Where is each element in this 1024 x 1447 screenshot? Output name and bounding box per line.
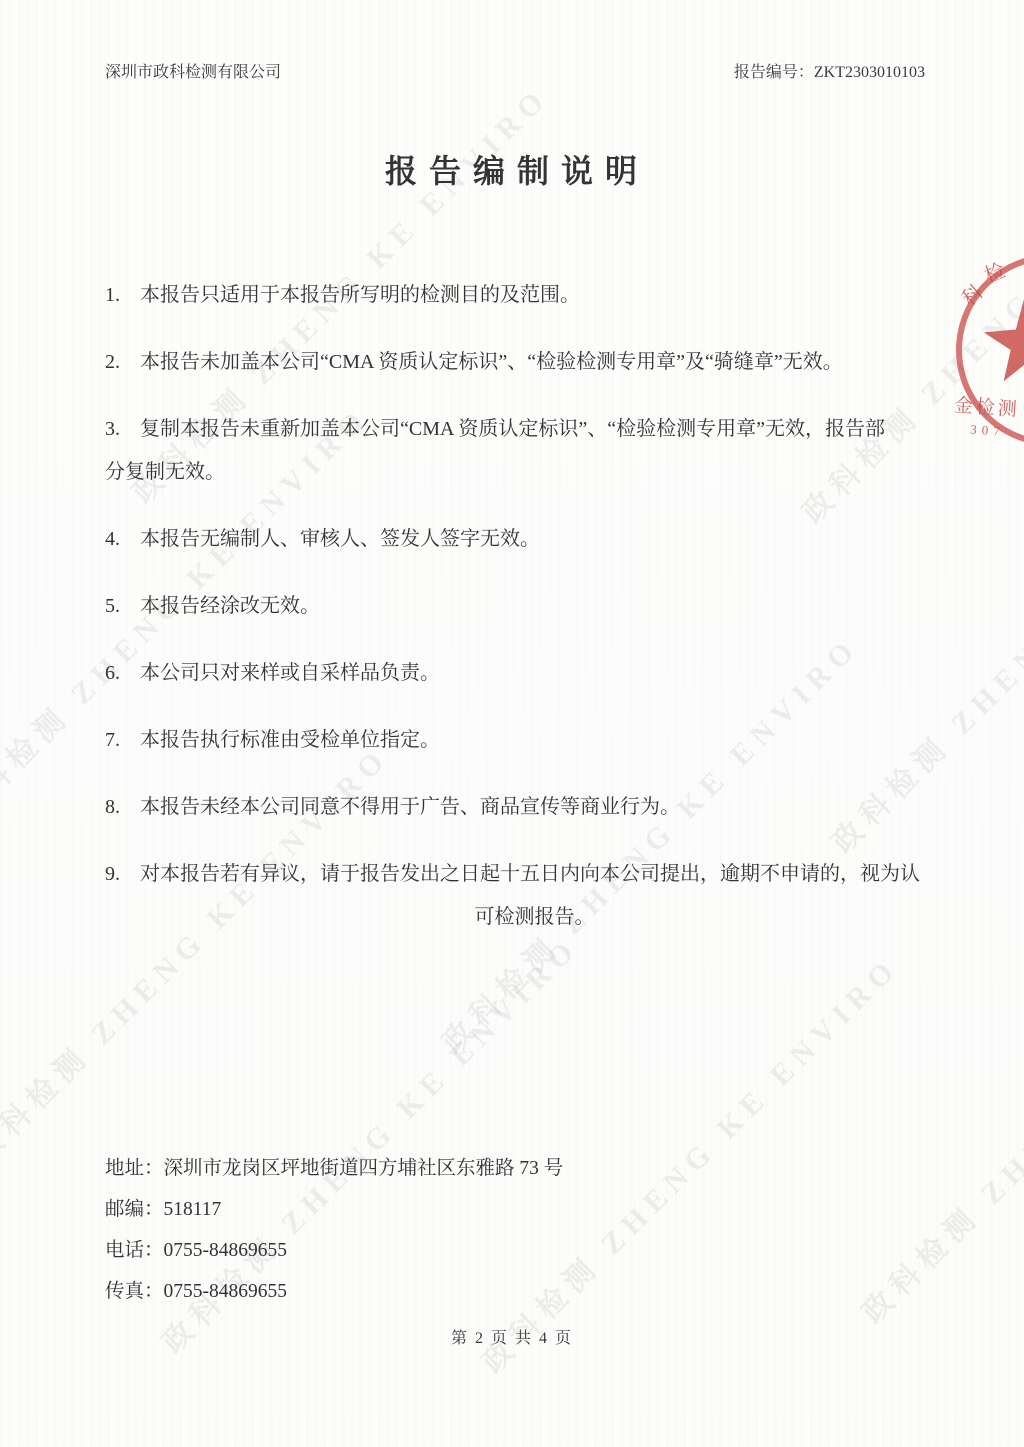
item-number: 1. bbox=[105, 274, 140, 317]
item-text: 本报告无编制人、审核人、签发人签字无效。 bbox=[140, 528, 540, 550]
item-number: 5. bbox=[105, 585, 140, 628]
report-page: 政科检测 ZHENG KE ENVIRO政科检测 ZHENG KE ENVIRO… bbox=[0, 0, 1024, 1447]
company-name: 深圳市政科检测有限公司 bbox=[105, 62, 281, 84]
item-number: 8. bbox=[105, 786, 140, 829]
contact-line: 地址：深圳市龙岗区坪地街道四方埔社区东雅路 73 号 bbox=[105, 1148, 964, 1189]
contact-value: 0755-84869655 bbox=[164, 1281, 288, 1302]
contact-line: 邮编：518117 bbox=[105, 1189, 964, 1230]
report-number: 报告编号：ZKT2303010103 bbox=[734, 62, 925, 84]
contact-label: 电话： bbox=[105, 1240, 164, 1261]
instructions-list: 1.本报告只适用于本报告所写明的检测目的及范围。2.本报告未加盖本公司“CMA … bbox=[105, 274, 964, 963]
list-item: 8.本报告未经本公司同意不得用于广告、商品宣传等商业行为。 bbox=[105, 786, 964, 829]
list-item: 7.本报告执行标准由受检单位指定。 bbox=[105, 719, 964, 762]
seal-number: 307 bbox=[970, 422, 1005, 439]
list-item: 4.本报告无编制人、审核人、签发人签字无效。 bbox=[105, 518, 964, 561]
item-line: 可检测报告。 bbox=[105, 896, 964, 939]
item-line: 8.本报告未经本公司同意不得用于广告、商品宣传等商业行为。 bbox=[105, 786, 964, 829]
item-line: 5.本报告经涂改无效。 bbox=[105, 585, 964, 628]
item-line: 3.复制本报告未重新加盖本公司“CMA 资质认定标识”、“检验检测专用章”无效，… bbox=[105, 408, 964, 451]
list-item: 9.对本报告若有异议，请于报告发出之日起十五日内向本公司提出，逾期不申请的，视为… bbox=[105, 853, 964, 939]
item-text: 本报告未加盖本公司“CMA 资质认定标识”、“检验检测专用章”及“骑缝章”无效。 bbox=[140, 351, 843, 373]
contact-label: 传真： bbox=[105, 1281, 164, 1302]
item-line: 1.本报告只适用于本报告所写明的检测目的及范围。 bbox=[105, 274, 964, 317]
item-number: 7. bbox=[105, 719, 140, 762]
list-item: 5.本报告经涂改无效。 bbox=[105, 585, 964, 628]
seal-arc-char: 检 bbox=[981, 259, 1008, 288]
contact-value: 深圳市龙岗区坪地街道四方埔社区东雅路 73 号 bbox=[164, 1158, 564, 1179]
seal-star-icon bbox=[980, 296, 1024, 386]
page-number: 第 2 页 共 4 页 bbox=[0, 1325, 1024, 1348]
item-number: 3. bbox=[105, 408, 140, 451]
item-text: 可检测报告。 bbox=[475, 906, 595, 928]
page-title: 报 告 编 制 说 明 bbox=[0, 146, 1024, 192]
contact-label: 邮编： bbox=[105, 1199, 164, 1220]
item-line: 6.本公司只对来样或自采样品负责。 bbox=[105, 652, 964, 695]
contact-value: 518117 bbox=[164, 1199, 222, 1220]
list-item: 1.本报告只适用于本报告所写明的检测目的及范围。 bbox=[105, 274, 964, 317]
contact-block: 地址：深圳市龙岗区坪地街道四方埔社区东雅路 73 号邮编：518117电话：07… bbox=[105, 1148, 964, 1312]
item-text: 复制本报告未重新加盖本公司“CMA 资质认定标识”、“检验检测专用章”无效，报告… bbox=[140, 418, 885, 440]
contact-value: 0755-84869655 bbox=[164, 1240, 288, 1261]
list-item: 6.本公司只对来样或自采样品负责。 bbox=[105, 652, 964, 695]
item-line: 4.本报告无编制人、审核人、签发人签字无效。 bbox=[105, 518, 964, 561]
contact-line: 传真：0755-84869655 bbox=[105, 1271, 964, 1312]
list-item: 3.复制本报告未重新加盖本公司“CMA 资质认定标识”、“检验检测专用章”无效，… bbox=[105, 408, 964, 494]
item-text: 本报告经涂改无效。 bbox=[140, 595, 320, 617]
item-text: 本报告未经本公司同意不得用于广告、商品宣传等商业行为。 bbox=[140, 796, 680, 818]
page-header: 深圳市政科检测有限公司 报告编号：ZKT2303010103 bbox=[105, 62, 925, 84]
item-text: 对本报告若有异议，请于报告发出之日起十五日内向本公司提出，逾期不申请的，视为认 bbox=[140, 863, 920, 885]
item-text: 分复制无效。 bbox=[105, 461, 225, 483]
item-text: 本公司只对来样或自采样品负责。 bbox=[140, 662, 440, 684]
item-text: 本报告执行标准由受检单位指定。 bbox=[140, 729, 440, 751]
item-line: 9.对本报告若有异议，请于报告发出之日起十五日内向本公司提出，逾期不申请的，视为… bbox=[105, 853, 964, 896]
item-number: 9. bbox=[105, 853, 140, 896]
contact-line: 电话：0755-84869655 bbox=[105, 1230, 964, 1271]
item-number: 2. bbox=[105, 341, 140, 384]
item-line: 7.本报告执行标准由受检单位指定。 bbox=[105, 719, 964, 762]
contact-label: 地址： bbox=[105, 1158, 164, 1179]
item-line: 分复制无效。 bbox=[105, 451, 964, 494]
list-item: 2.本报告未加盖本公司“CMA 资质认定标识”、“检验检测专用章”及“骑缝章”无… bbox=[105, 341, 964, 384]
item-number: 6. bbox=[105, 652, 140, 695]
item-number: 4. bbox=[105, 518, 140, 561]
item-text: 本报告只适用于本报告所写明的检测目的及范围。 bbox=[140, 284, 580, 306]
item-line: 2.本报告未加盖本公司“CMA 资质认定标识”、“检验检测专用章”及“骑缝章”无… bbox=[105, 341, 964, 384]
